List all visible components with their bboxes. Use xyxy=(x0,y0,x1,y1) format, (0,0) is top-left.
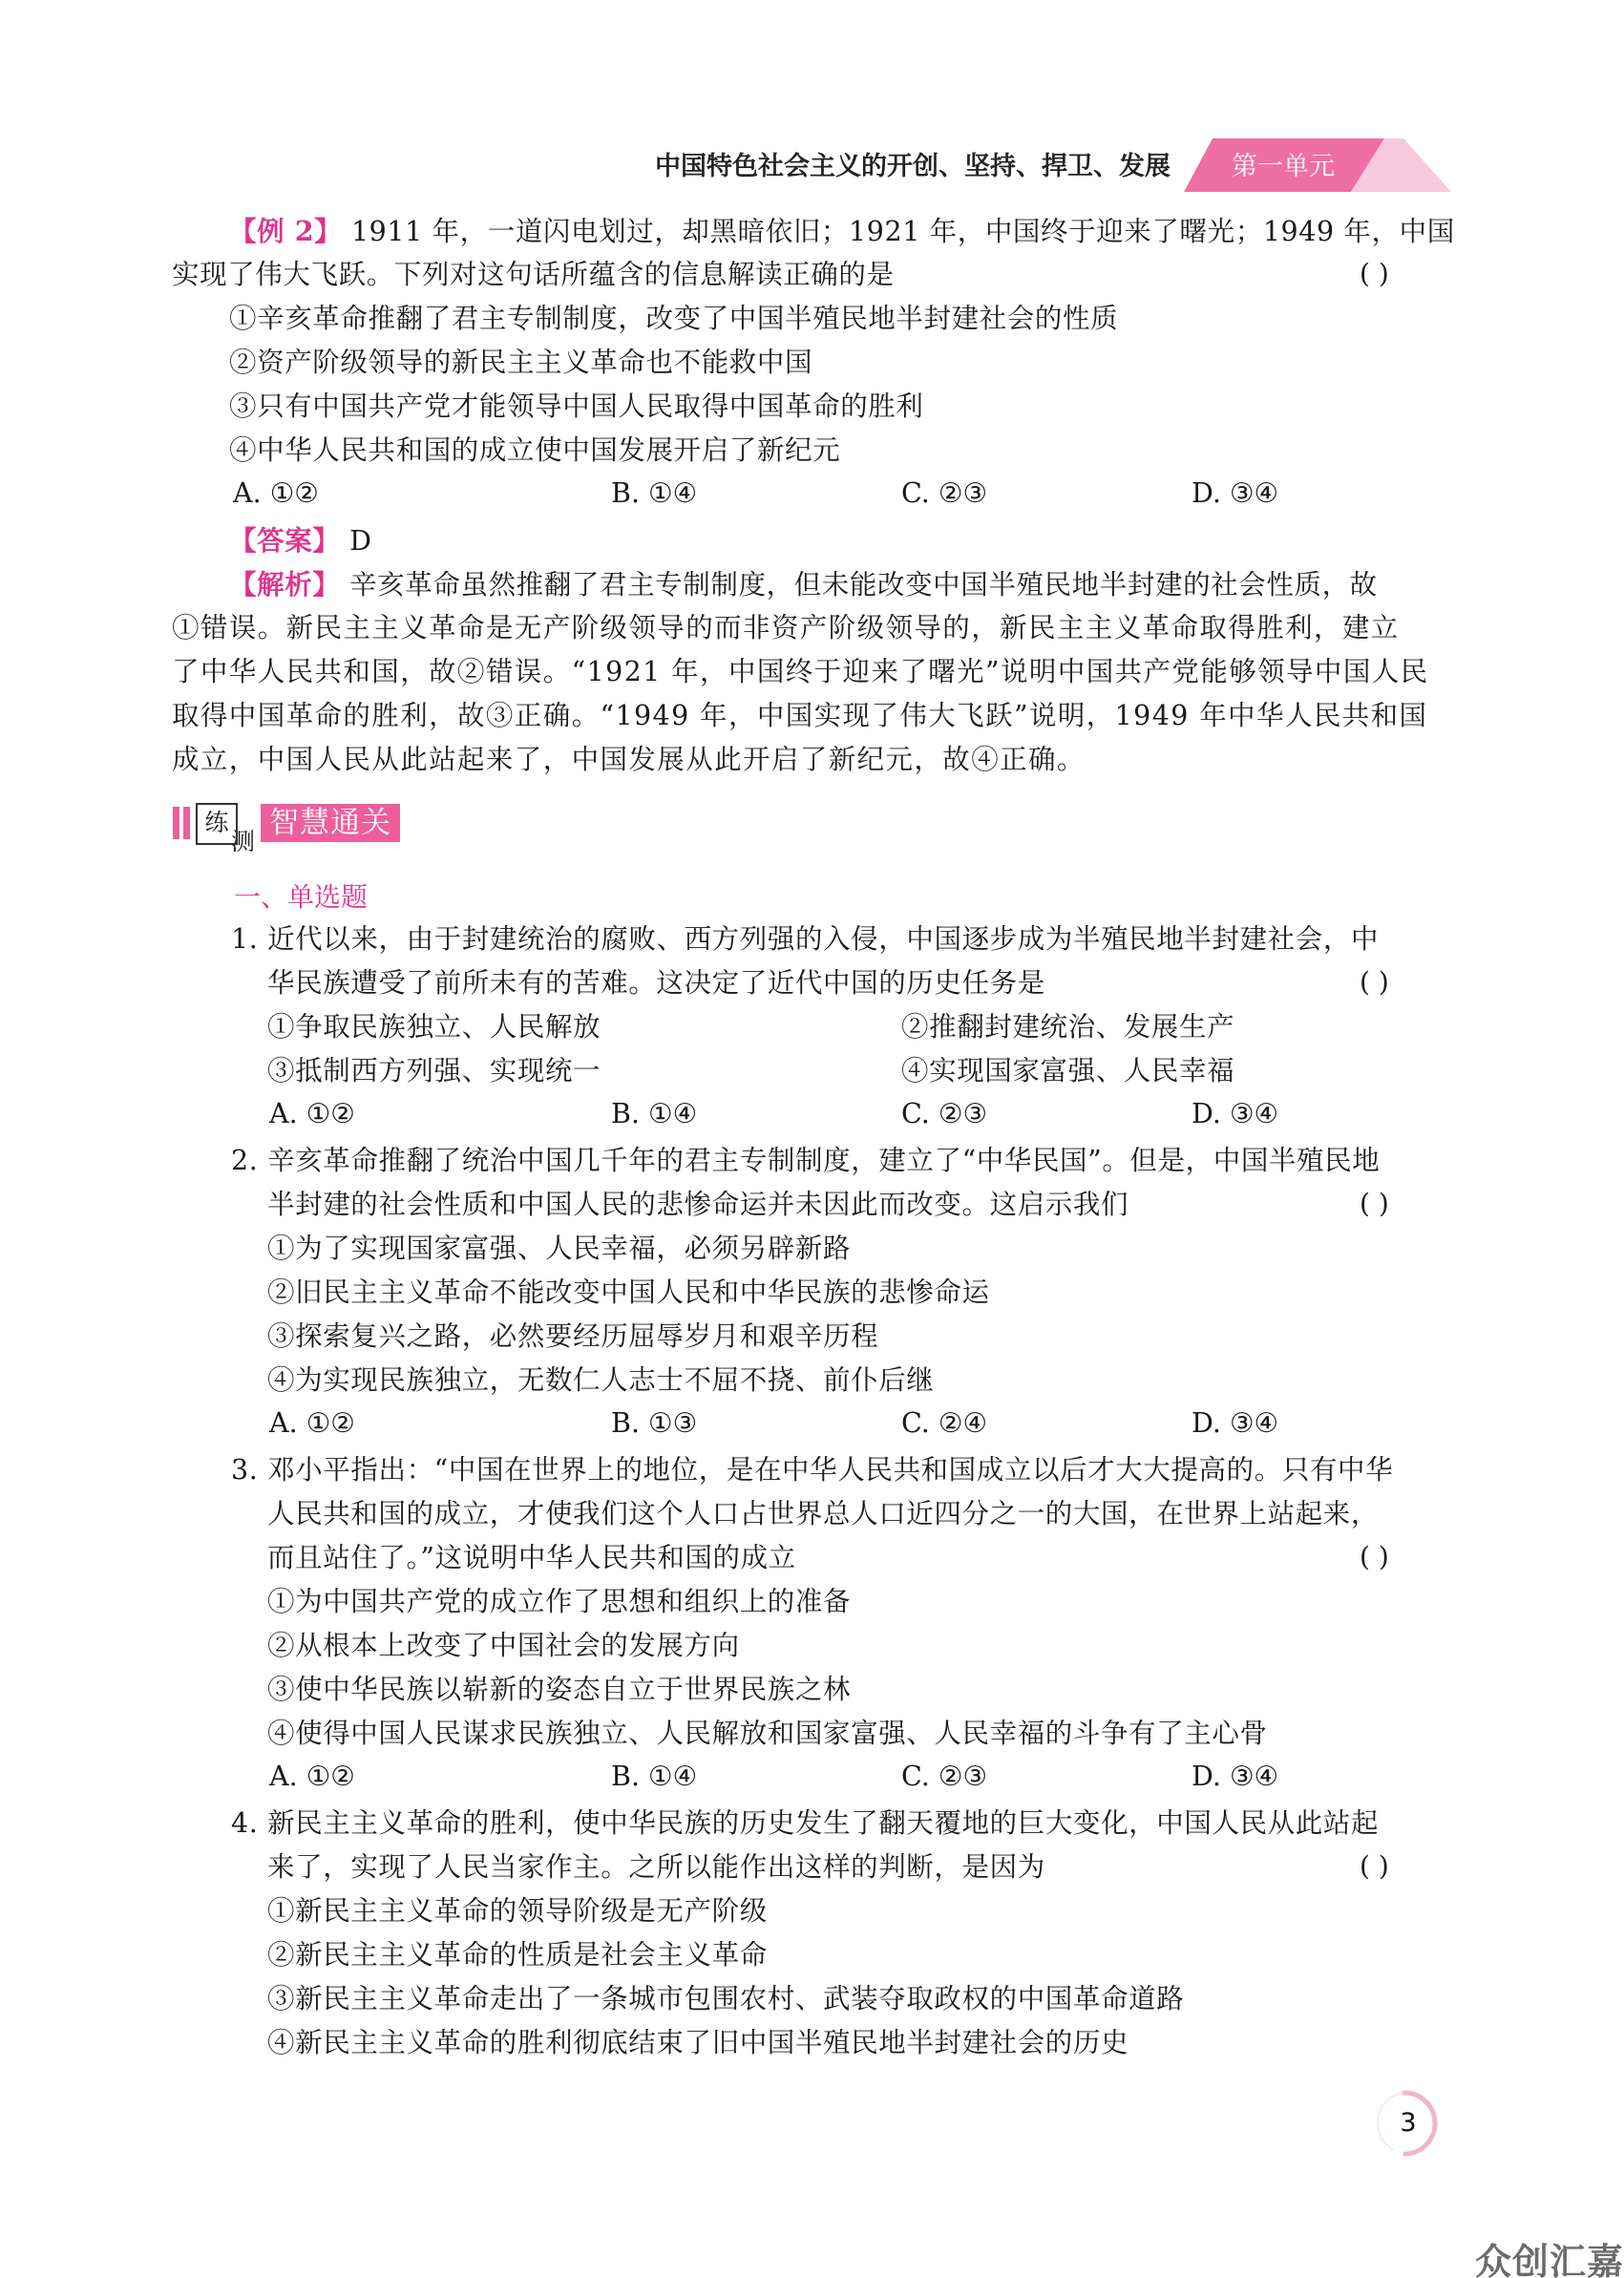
answer-blank: ( ) xyxy=(1360,258,1389,289)
question-2-option-b: B. ①③ xyxy=(611,1407,697,1439)
answer-blank: ( ) xyxy=(1360,1541,1389,1572)
example-answer: 【答案】 D xyxy=(229,521,372,560)
question-4-line-1: 4. 新民主主义革命的胜利，使中华民族的历史发生了翻天覆地的巨大变化，中国人民从… xyxy=(231,1804,1379,1843)
example-stem-line-1: 【例 2】 1911 年，一道闪电划过，却黑暗依旧；1921 年，中国终于迎来了… xyxy=(229,212,1455,251)
question-3-line-1: 3. 邓小平指出：“中国在世界上的地位，是在中华人民共和国成立以后才大大提高的。… xyxy=(231,1451,1393,1489)
example-option-b: B. ①④ xyxy=(611,477,697,509)
question-1-statement: ②推翻封建统治、发展生产 xyxy=(901,1008,1234,1046)
analysis-line-3: 了中华人民共和国，故②错误。“1921 年，中国终于迎来了曙光”说明中国共产党能… xyxy=(172,653,1429,691)
question-3-option-b: B. ①④ xyxy=(611,1761,697,1792)
question-3-line-2: 人民共和国的成立，才使我们这个人口占世界总人口近四分之一的大国，在世界上站起来， xyxy=(267,1495,1379,1533)
section-subheading: 一、单选题 xyxy=(234,876,368,915)
question-1-option-c: C. ②③ xyxy=(901,1098,987,1129)
answer-value: D xyxy=(349,525,371,557)
example-statement: ②资产阶级领导的新民主主义革命也不能救中国 xyxy=(229,344,812,382)
question-2-statement: ③探索复兴之路，必然要经历屈辱岁月和艰辛历程 xyxy=(267,1318,878,1356)
question-1-line-1: 1. 近代以来，由于封建统治的腐败、西方列强的入侵，中国逐步成为半殖民地半封建社… xyxy=(231,920,1379,959)
question-4-statement: ①新民主主义革命的领导阶级是无产阶级 xyxy=(267,1892,768,1930)
answer-blank: ( ) xyxy=(1360,966,1389,998)
example-option-d: D. ③④ xyxy=(1192,477,1278,509)
example-tag: 【例 2】 xyxy=(229,215,342,247)
question-1-option-d: D. ③④ xyxy=(1192,1098,1278,1129)
question-1-line-2: 华民族遭受了前所未有的苦难。这决定了近代中国的历史任务是 xyxy=(267,964,1045,1002)
question-4-statement: ④新民主主义革命的胜利彻底结束了旧中国半殖民地半封建社会的历史 xyxy=(267,2024,1128,2062)
question-2-option-a: A. ①② xyxy=(269,1407,355,1439)
example-statement: ①辛亥革命推翻了君主专制制度，改变了中国半殖民地半封建社会的性质 xyxy=(229,300,1118,338)
question-2-statement: ①为了实现国家富强、人民幸福，必须另辟新路 xyxy=(267,1230,851,1268)
question-2-line-1: 2. 辛亥革命推翻了统治中国几千年的君主专制制度，建立了“中华民国”。但是，中国… xyxy=(231,1142,1380,1180)
question-1-statement: ④实现国家富强、人民幸福 xyxy=(901,1052,1234,1090)
section-banner: 智慧通关 xyxy=(261,804,400,842)
question-4-line-2: 来了，实现了人民当家作主。之所以能作出这样的判断，是因为 xyxy=(267,1848,1045,1887)
banner-bar-icon xyxy=(183,807,190,839)
analysis-line-1: 【解析】 辛亥革命虽然推翻了君主专制制度，但未能改变中国半殖民地半封建的社会性质… xyxy=(229,565,1378,604)
answer-blank: ( ) xyxy=(1360,1188,1389,1219)
question-1-statement: ③抵制西方列强、实现统一 xyxy=(267,1052,601,1090)
example-statement: ③只有中国共产党才能领导中国人民取得中国革命的胜利 xyxy=(229,388,924,426)
analysis-line-5: 成立，中国人民从此站起来了，中国发展从此开启了新纪元，故④正确。 xyxy=(172,741,1086,779)
watermark-logo: 众创汇嘉 xyxy=(1475,2232,1624,2278)
question-1-option-a: A. ①② xyxy=(269,1098,355,1129)
question-2-option-c: C. ②④ xyxy=(901,1407,987,1439)
page-number: 3 xyxy=(1380,2095,1437,2152)
unit-badge: 第一单元 xyxy=(1232,145,1335,182)
example-stem-line-2: 实现了伟大飞跃。下列对这句话所蕴含的信息解读正确的是 xyxy=(172,256,895,294)
answer-blank: ( ) xyxy=(1360,1850,1389,1882)
question-4-statement: ③新民主主义革命走出了一条城市包围农村、武装夺取政权的中国革命道路 xyxy=(267,1980,1184,2018)
analysis-line-2: ①错误。新民主主义革命是无产阶级领导的而非资产阶级领导的，新民主主义革命取得胜利… xyxy=(172,609,1400,647)
question-1-option-b: B. ①④ xyxy=(611,1098,697,1129)
test-icon: 测 xyxy=(231,823,255,857)
question-3-statement: ④使得中国人民谋求民族独立、人民解放和国家富强、人民幸福的斗争有了主心骨 xyxy=(267,1715,1268,1753)
analysis-line-4: 取得中国革命的胜利，故③正确。“1949 年，中国实现了伟大飞跃”说明，1949… xyxy=(172,697,1427,735)
question-2-statement: ④为实现民族独立，无数仁人志士不屈不挠、前仆后继 xyxy=(267,1361,934,1400)
question-3-statement: ③使中华民族以崭新的姿态自立于世界民族之林 xyxy=(267,1671,851,1709)
question-2-statement: ②旧民主主义革命不能改变中国人民和中华民族的悲惨命运 xyxy=(267,1274,990,1312)
question-1-statement: ①争取民族独立、人民解放 xyxy=(267,1008,601,1046)
question-3-option-a: A. ①② xyxy=(269,1761,355,1792)
example-statement: ④中华人民共和国的成立使中国发展开启了新纪元 xyxy=(229,432,840,470)
analysis-tag: 【解析】 xyxy=(229,568,340,601)
question-3-statement: ②从根本上改变了中国社会的发展方向 xyxy=(267,1627,740,1665)
chapter-title: 中国特色社会主义的开创、坚持、捍卫、发展 xyxy=(655,145,1171,182)
question-2-line-2: 半封建的社会性质和中国人民的悲惨命运并未因此而改变。这启示我们 xyxy=(267,1186,1128,1224)
example-option-a: A. ①② xyxy=(233,477,319,509)
question-3-option-c: C. ②③ xyxy=(901,1761,987,1792)
banner-bar-icon xyxy=(173,807,179,839)
example-option-c: C. ②③ xyxy=(901,477,987,509)
question-3-option-d: D. ③④ xyxy=(1192,1761,1278,1792)
question-3-line-3: 而且站住了。”这说明中华人民共和国的成立 xyxy=(267,1539,796,1577)
question-3-statement: ①为中国共产党的成立作了思想和组织上的准备 xyxy=(267,1583,851,1621)
question-2-option-d: D. ③④ xyxy=(1192,1407,1278,1439)
answer-tag: 【答案】 xyxy=(229,524,340,557)
question-4-statement: ②新民主主义革命的性质是社会主义革命 xyxy=(267,1936,768,1974)
